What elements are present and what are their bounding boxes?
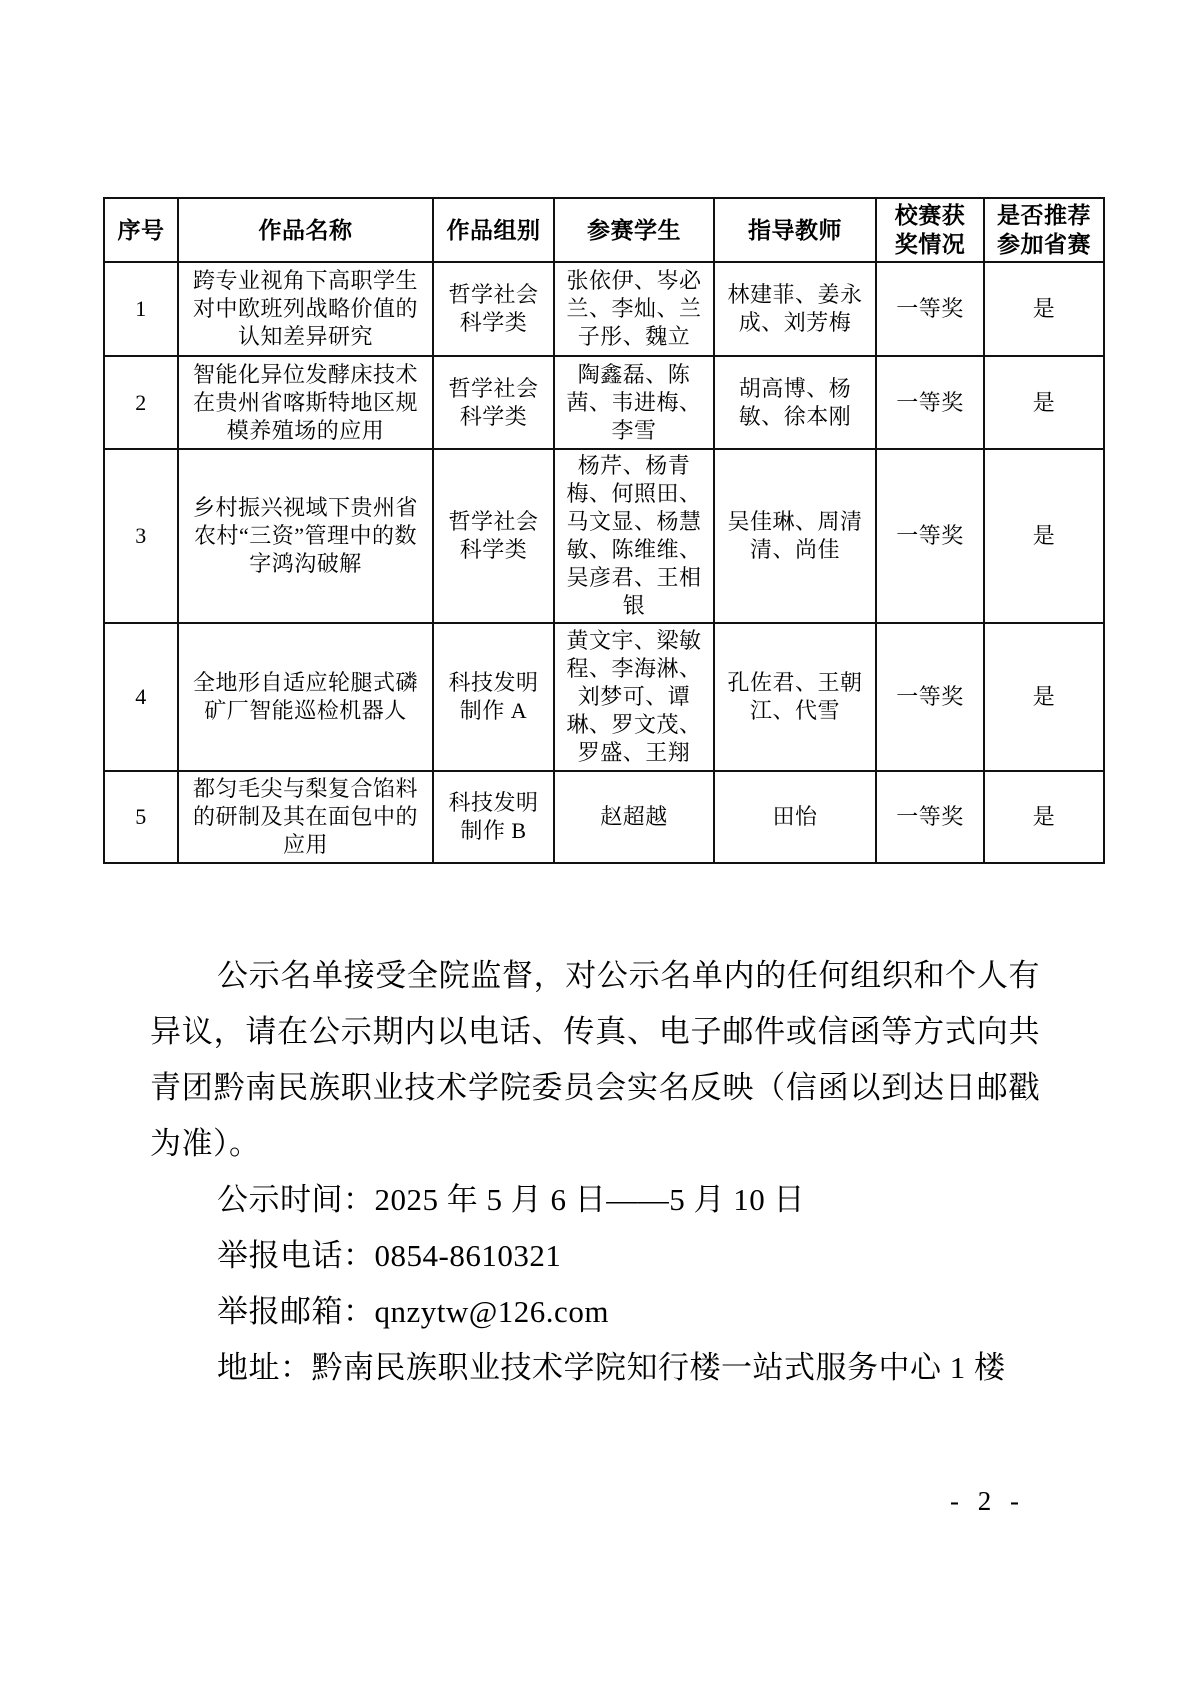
- table-header-row: 序号 作品名称 作品组别 参赛学生 指导教师 校赛获奖情况 是否推荐参加省赛: [104, 198, 1104, 262]
- col-header-serial: 序号: [104, 198, 178, 262]
- cell-students: 杨芹、杨青梅、何照田、马文显、杨慧敏、陈维维、吴彦君、王相银: [554, 449, 714, 623]
- cell-recommend: 是: [984, 356, 1104, 449]
- cell-students: 张依伊、岑必兰、李灿、兰子彤、魏立: [554, 262, 714, 356]
- cell-serial: 2: [104, 356, 178, 449]
- cell-title: 智能化异位发酵床技术在贵州省喀斯特地区规模养殖场的应用: [178, 356, 433, 449]
- table-row: 2 智能化异位发酵床技术在贵州省喀斯特地区规模养殖场的应用 哲学社会科学类 陶鑫…: [104, 356, 1104, 449]
- info-line-report-phone: 举报电话：0854-8610321: [150, 1228, 1040, 1284]
- cell-students: 黄文宇、梁敏程、李海淋、刘梦可、谭琳、罗文茂、罗盛、王翔: [554, 623, 714, 771]
- table-row: 1 跨专业视角下高职学生对中欧班列战略价值的认知差异研究 哲学社会科学类 张依伊…: [104, 262, 1104, 356]
- cell-title: 都匀毛尖与梨复合馅料的研制及其在面包中的应用: [178, 771, 433, 863]
- cell-serial: 3: [104, 449, 178, 623]
- notice-body: 公示名单接受全院监督，对公示名单内的任何组织和个人有异议，请在公示期内以电话、传…: [150, 948, 1040, 1396]
- cell-teachers: 吴佳琳、周清清、尚佳: [714, 449, 876, 623]
- cell-teachers: 胡高博、杨敏、徐本刚: [714, 356, 876, 449]
- table-row: 3 乡村振兴视域下贵州省农村“三资”管理中的数字鸿沟破解 哲学社会科学类 杨芹、…: [104, 449, 1104, 623]
- cell-title: 跨专业视角下高职学生对中欧班列战略价值的认知差异研究: [178, 262, 433, 356]
- cell-group: 哲学社会科学类: [433, 262, 554, 356]
- cell-award: 一等奖: [876, 623, 984, 771]
- info-line-report-email: 举报邮箱：qnzytw@126.com: [150, 1284, 1040, 1340]
- info-line-publicity-period: 公示时间：2025 年 5 月 6 日——5 月 10 日: [150, 1172, 1040, 1228]
- cell-teachers: 田怡: [714, 771, 876, 863]
- cell-teachers: 林建菲、姜永成、刘芳梅: [714, 262, 876, 356]
- notice-paragraph: 公示名单接受全院监督，对公示名单内的任何组织和个人有异议，请在公示期内以电话、传…: [150, 948, 1040, 1172]
- cell-group: 科技发明制作 B: [433, 771, 554, 863]
- cell-recommend: 是: [984, 623, 1104, 771]
- col-header-group: 作品组别: [433, 198, 554, 262]
- info-line-address: 地址：黔南民族职业技术学院知行楼一站式服务中心 1 楼: [150, 1340, 1040, 1396]
- col-header-teachers: 指导教师: [714, 198, 876, 262]
- cell-award: 一等奖: [876, 262, 984, 356]
- page-number: - 2 -: [950, 1486, 1025, 1517]
- document-page: 序号 作品名称 作品组别 参赛学生 指导教师 校赛获奖情况 是否推荐参加省赛 1…: [0, 0, 1191, 1684]
- cell-students: 赵超越: [554, 771, 714, 863]
- cell-students: 陶鑫磊、陈茜、韦进梅、李雪: [554, 356, 714, 449]
- cell-serial: 1: [104, 262, 178, 356]
- cell-group: 科技发明制作 A: [433, 623, 554, 771]
- cell-teachers: 孔佐君、王朝江、代雪: [714, 623, 876, 771]
- cell-award: 一等奖: [876, 771, 984, 863]
- cell-group: 哲学社会科学类: [433, 449, 554, 623]
- col-header-title: 作品名称: [178, 198, 433, 262]
- cell-recommend: 是: [984, 771, 1104, 863]
- col-header-award: 校赛获奖情况: [876, 198, 984, 262]
- col-header-recommend: 是否推荐参加省赛: [984, 198, 1104, 262]
- col-header-students: 参赛学生: [554, 198, 714, 262]
- table-row: 5 都匀毛尖与梨复合馅料的研制及其在面包中的应用 科技发明制作 B 赵超越 田怡…: [104, 771, 1104, 863]
- cell-group: 哲学社会科学类: [433, 356, 554, 449]
- cell-title: 全地形自适应轮腿式磷矿厂智能巡检机器人: [178, 623, 433, 771]
- table-row: 4 全地形自适应轮腿式磷矿厂智能巡检机器人 科技发明制作 A 黄文宇、梁敏程、李…: [104, 623, 1104, 771]
- cell-serial: 5: [104, 771, 178, 863]
- cell-award: 一等奖: [876, 449, 984, 623]
- cell-title: 乡村振兴视域下贵州省农村“三资”管理中的数字鸿沟破解: [178, 449, 433, 623]
- cell-serial: 4: [104, 623, 178, 771]
- cell-award: 一等奖: [876, 356, 984, 449]
- award-table: 序号 作品名称 作品组别 参赛学生 指导教师 校赛获奖情况 是否推荐参加省赛 1…: [103, 197, 1105, 864]
- cell-recommend: 是: [984, 449, 1104, 623]
- cell-recommend: 是: [984, 262, 1104, 356]
